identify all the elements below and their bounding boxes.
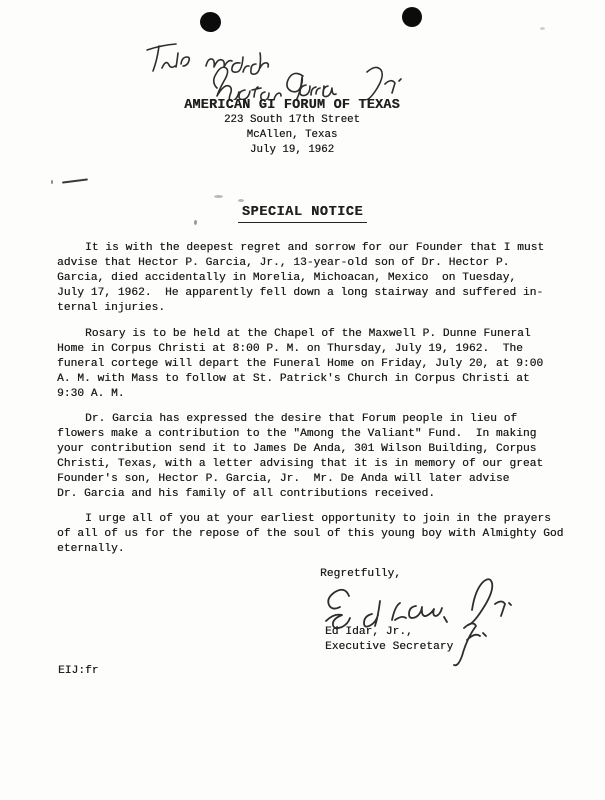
scan-smudge-dot xyxy=(51,180,53,184)
scan-speck xyxy=(214,195,223,198)
organization-name: AMERICAN GI FORUM OF TEXAS xyxy=(0,98,584,113)
hole-punch-right xyxy=(402,7,422,27)
typed-signer-title: Executive Secretary xyxy=(325,640,453,655)
scan-smudge-dash xyxy=(62,178,88,184)
typist-reference: EIJ:fr xyxy=(58,665,99,677)
scanned-letter-page: AMERICAN GI FORUM OF TEXAS 223 South 17t… xyxy=(0,0,605,800)
signature-block: Ed Idar, Jr., Executive Secretary xyxy=(325,625,453,655)
paragraph-prayers: I urge all of you at your earliest oppor… xyxy=(57,512,569,557)
letterhead: AMERICAN GI FORUM OF TEXAS 223 South 17t… xyxy=(0,98,584,158)
notice-heading: SPECIAL NOTICE xyxy=(0,202,605,223)
paragraph-contributions: Dr. Garcia has expressed the desire that… xyxy=(57,412,569,502)
handwritten-filing-note xyxy=(140,36,410,100)
notice-title: SPECIAL NOTICE xyxy=(238,205,367,223)
street-address: 223 South 17th Street xyxy=(0,113,584,128)
city-state: McAllen, Texas xyxy=(0,128,584,143)
typed-signer-name: Ed Idar, Jr., xyxy=(325,625,453,640)
hole-punch-left xyxy=(199,11,223,34)
letter-date: July 19, 1962 xyxy=(0,143,584,158)
handwritten-signature xyxy=(316,576,526,671)
paragraph-announcement: It is with the deepest regret and sorrow… xyxy=(57,241,569,316)
paragraph-rosary-details: Rosary is to be held at the Chapel of th… xyxy=(57,327,569,402)
scan-speck xyxy=(540,27,545,30)
